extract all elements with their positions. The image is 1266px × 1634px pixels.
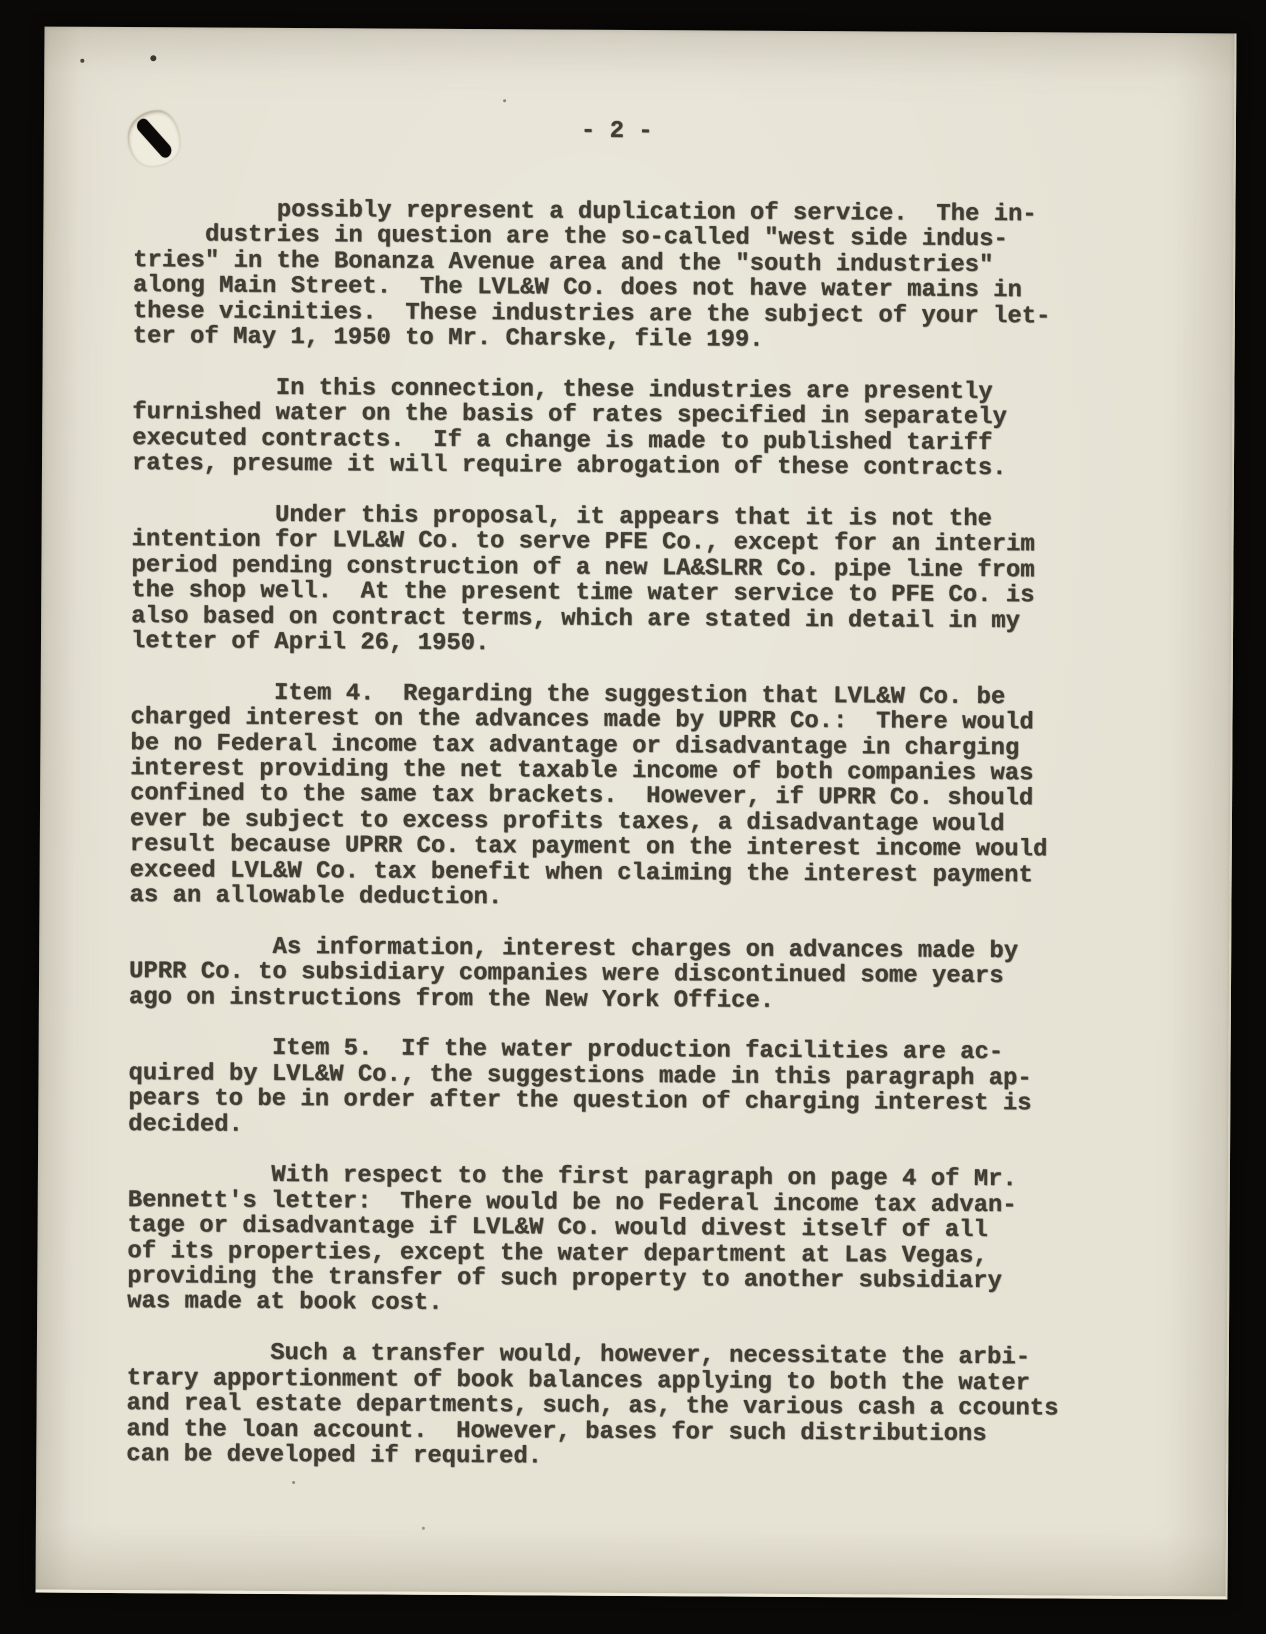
page-number: - 2 - (581, 119, 653, 145)
paper-sheet: - 2 - possibly represent a duplication o… (36, 27, 1237, 1600)
paper-speck (422, 1527, 425, 1530)
paper-speck (150, 55, 156, 61)
paper-speck (80, 59, 84, 63)
punch-hole-tear (128, 110, 180, 166)
paper-speck (503, 99, 506, 102)
paper-speck (292, 1481, 295, 1484)
letter-body-text: possibly represent a duplication of serv… (126, 197, 1065, 1473)
scanner-background: - 2 - possibly represent a duplication o… (0, 0, 1266, 1634)
